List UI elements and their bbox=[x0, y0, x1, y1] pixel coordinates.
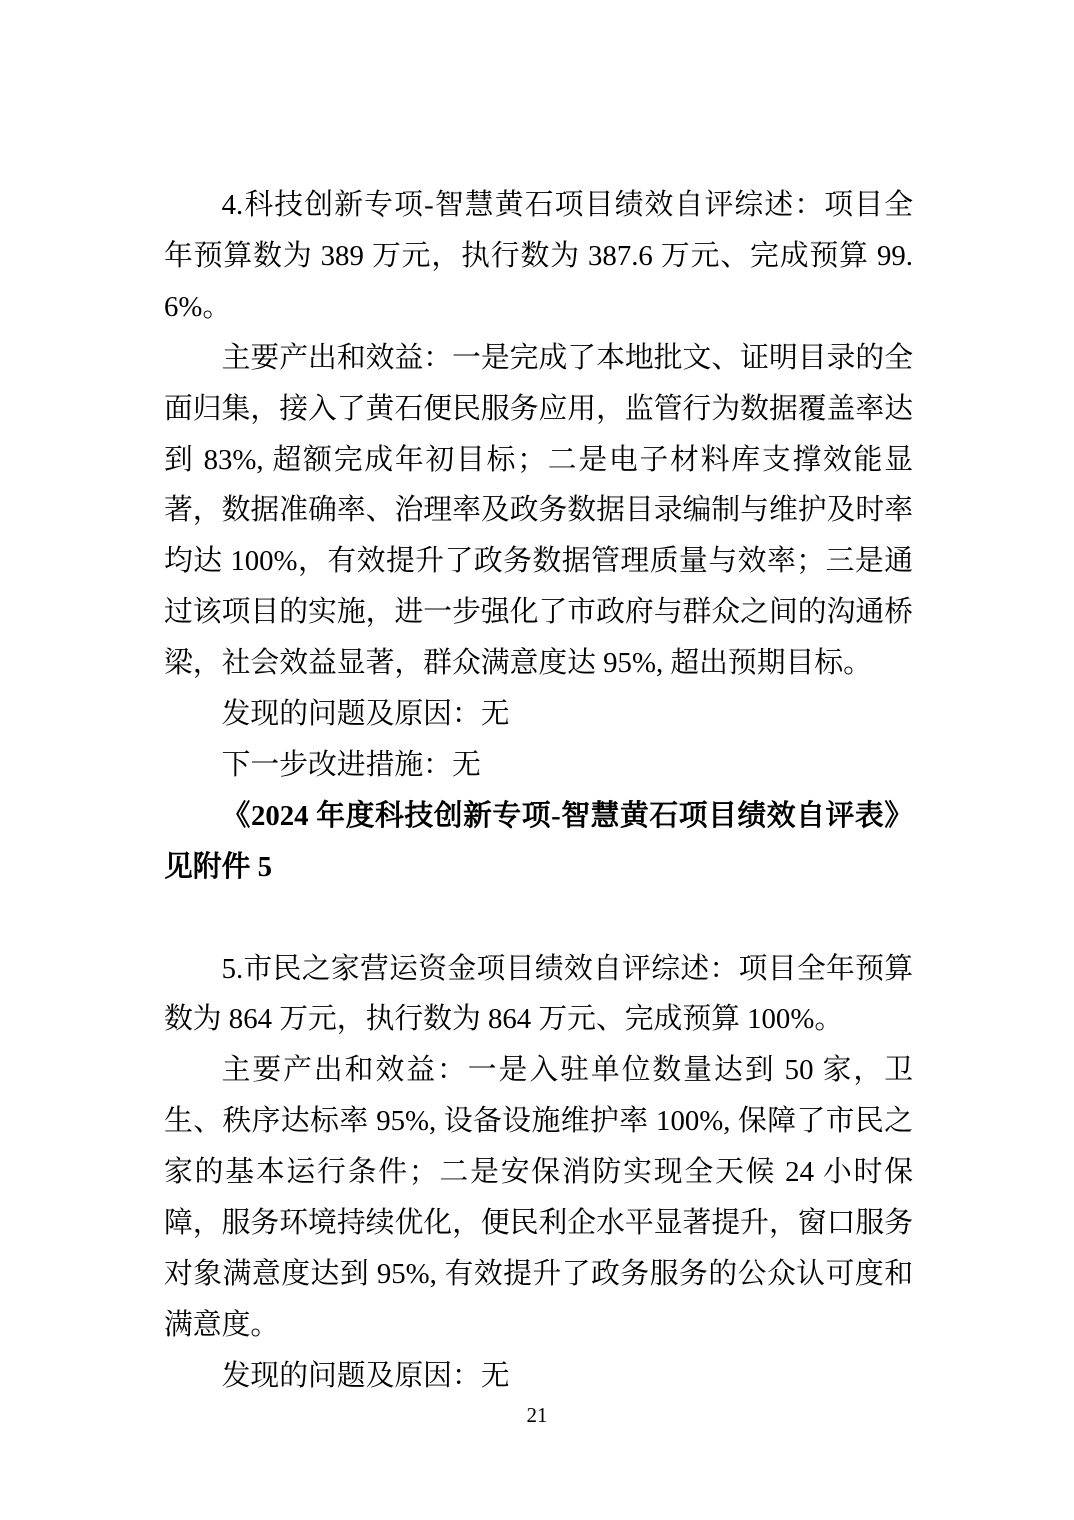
paragraph-project4-problems: 发现的问题及原因：无 bbox=[164, 689, 913, 740]
page-number: 21 bbox=[0, 1400, 1074, 1430]
blank-line bbox=[164, 893, 913, 944]
paragraph-project4-improvements: 下一步改进措施：无 bbox=[164, 740, 913, 791]
paragraph-project4-attachment-reference: 《2024 年度科技创新专项-智慧黄石项目绩效自评表》见附件 5 bbox=[164, 791, 913, 893]
paragraph-project5-outputs: 主要产出和效益：一是入驻单位数量达到 50 家，卫生、秩序达标率 95%, 设备… bbox=[164, 1045, 913, 1350]
paragraph-project4-summary: 4.科技创新专项-智慧黄石项目绩效自评综述：项目全年预算数为 389 万元，执行… bbox=[164, 180, 913, 333]
document-body: 4.科技创新专项-智慧黄石项目绩效自评综述：项目全年预算数为 389 万元，执行… bbox=[164, 180, 913, 1402]
paragraph-project4-outputs: 主要产出和效益：一是完成了本地批文、证明目录的全面归集，接入了黄石便民服务应用，… bbox=[164, 333, 913, 689]
document-page: 4.科技创新专项-智慧黄石项目绩效自评综述：项目全年预算数为 389 万元，执行… bbox=[0, 0, 1074, 1520]
paragraph-project5-summary: 5.市民之家营运资金项目绩效自评综述：项目全年预算数为 864 万元，执行数为 … bbox=[164, 944, 913, 1046]
paragraph-project5-problems: 发现的问题及原因：无 bbox=[164, 1351, 913, 1402]
